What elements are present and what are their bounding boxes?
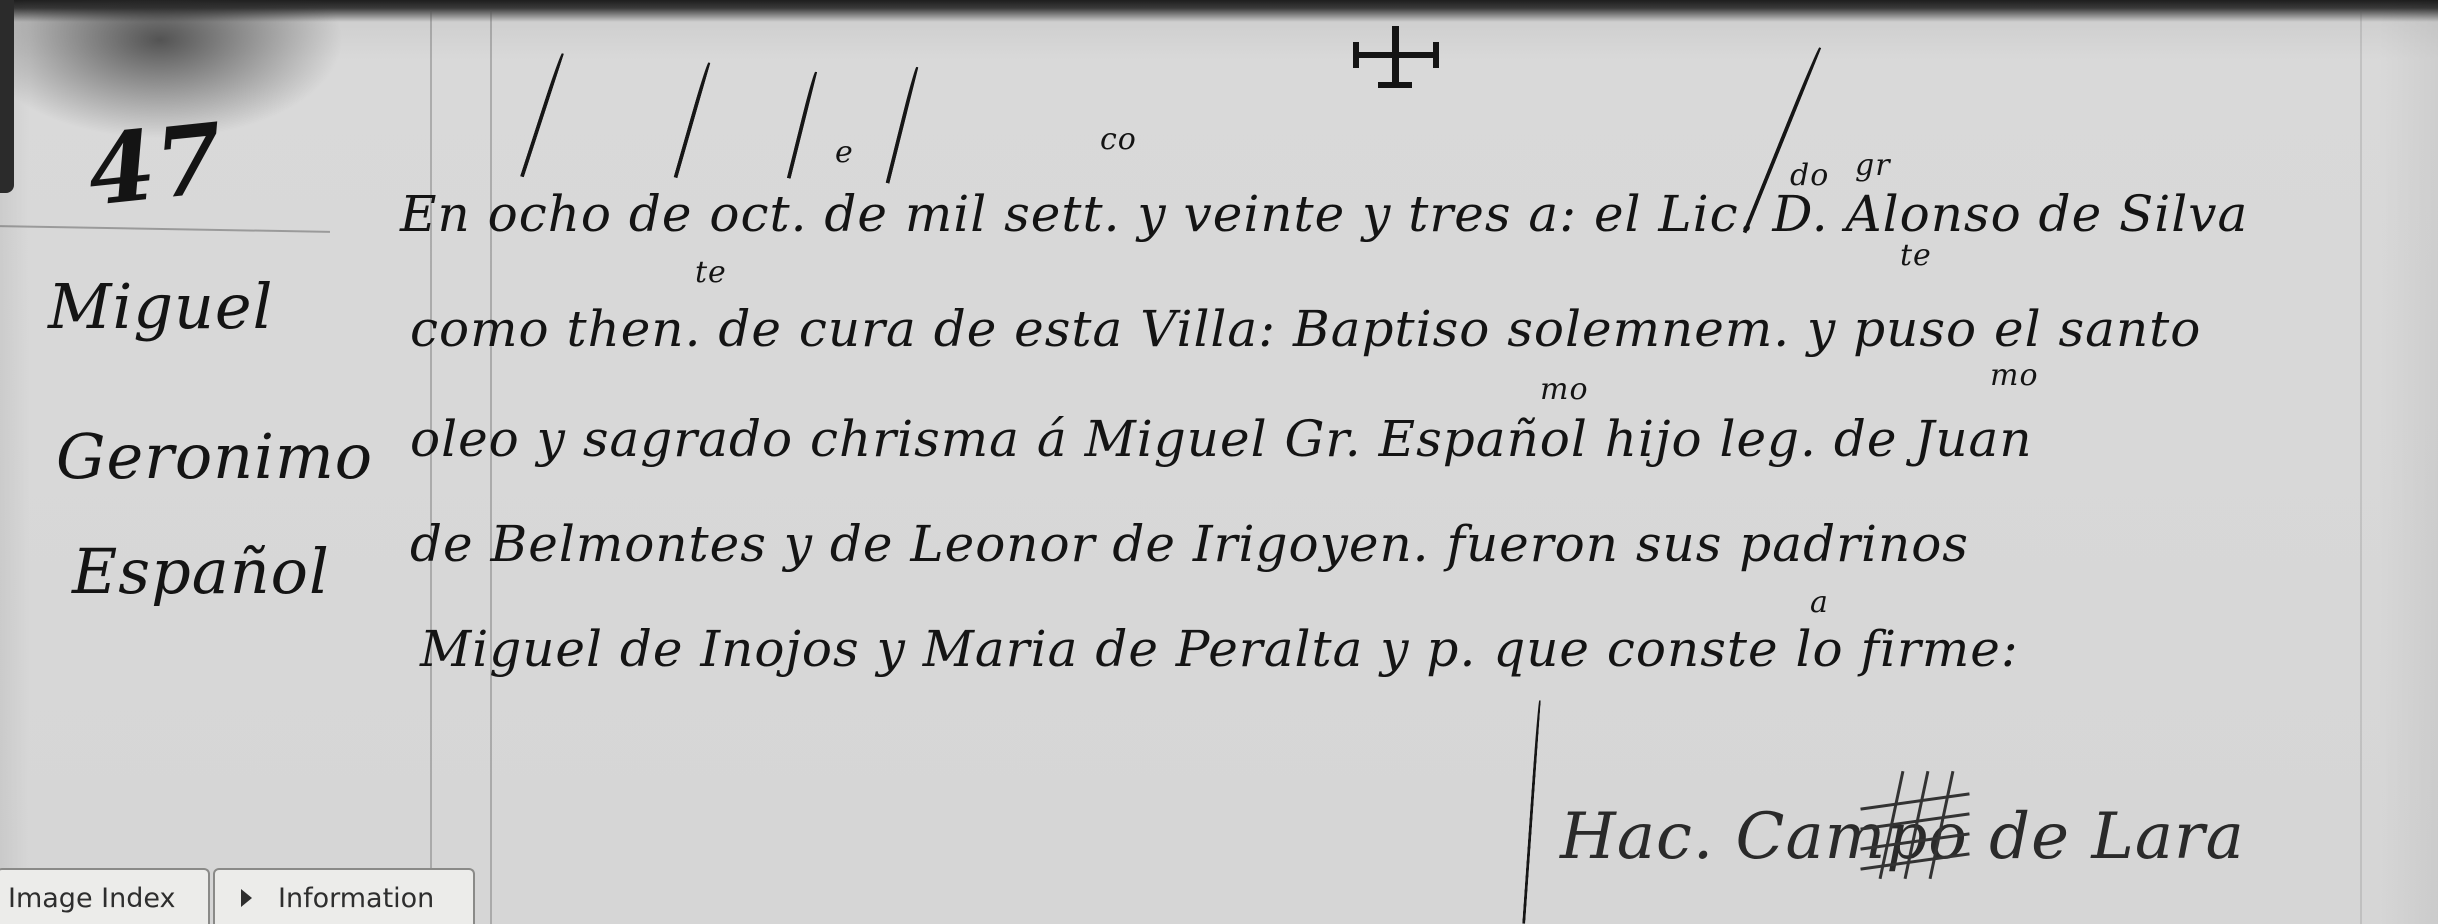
ink-flourish (674, 62, 711, 178)
margin-rule-line (2360, 10, 2362, 924)
record-text-line: oleo y sagrado chrisma á Miguel Gr. Espa… (410, 410, 2033, 468)
ink-flourish (520, 53, 564, 178)
superscript: gr (1855, 148, 1891, 183)
side-panel-handle[interactable] (0, 0, 14, 193)
record-text-line: En ocho de oct. de mil sett. y veinte y … (400, 185, 2248, 243)
signature-rubric (1860, 760, 1980, 890)
margin-name-line: Miguel (48, 270, 273, 343)
record-text-line: de Belmontes y de Leonor de Irigoyen. fu… (410, 515, 1969, 573)
margin-name-line: Geronimo (56, 420, 373, 493)
record-text-line: Miguel de Inojos y Maria de Peralta y p.… (420, 620, 2019, 678)
superscript: mo (1540, 372, 1589, 407)
tab-image-index[interactable]: Image Index (0, 868, 210, 924)
margin-name-line: Español (72, 535, 330, 608)
superscript: te (1900, 238, 1932, 273)
superscript: a (1810, 585, 1829, 620)
cross-icon (1353, 26, 1439, 88)
entry-number: 47 (82, 101, 229, 228)
tab-label: Image Index (8, 883, 175, 914)
tab-label: Information (278, 883, 434, 914)
superscript: te (695, 255, 727, 290)
signature-flourish (1522, 700, 1541, 924)
horizontal-rule-line (0, 225, 330, 233)
record-text-line: como then. de cura de esta Villa: Baptis… (410, 300, 2201, 358)
document-image-viewer[interactable]: 47 Miguel Geronimo Español e co do gr te… (0, 0, 2438, 924)
ink-flourish (886, 66, 919, 183)
superscript: co (1100, 122, 1137, 157)
superscript: mo (1990, 358, 2039, 393)
triangle-right-icon (241, 889, 252, 907)
ink-flourish (787, 71, 817, 179)
tab-information[interactable]: Information (213, 868, 475, 924)
superscript: e (835, 135, 854, 170)
